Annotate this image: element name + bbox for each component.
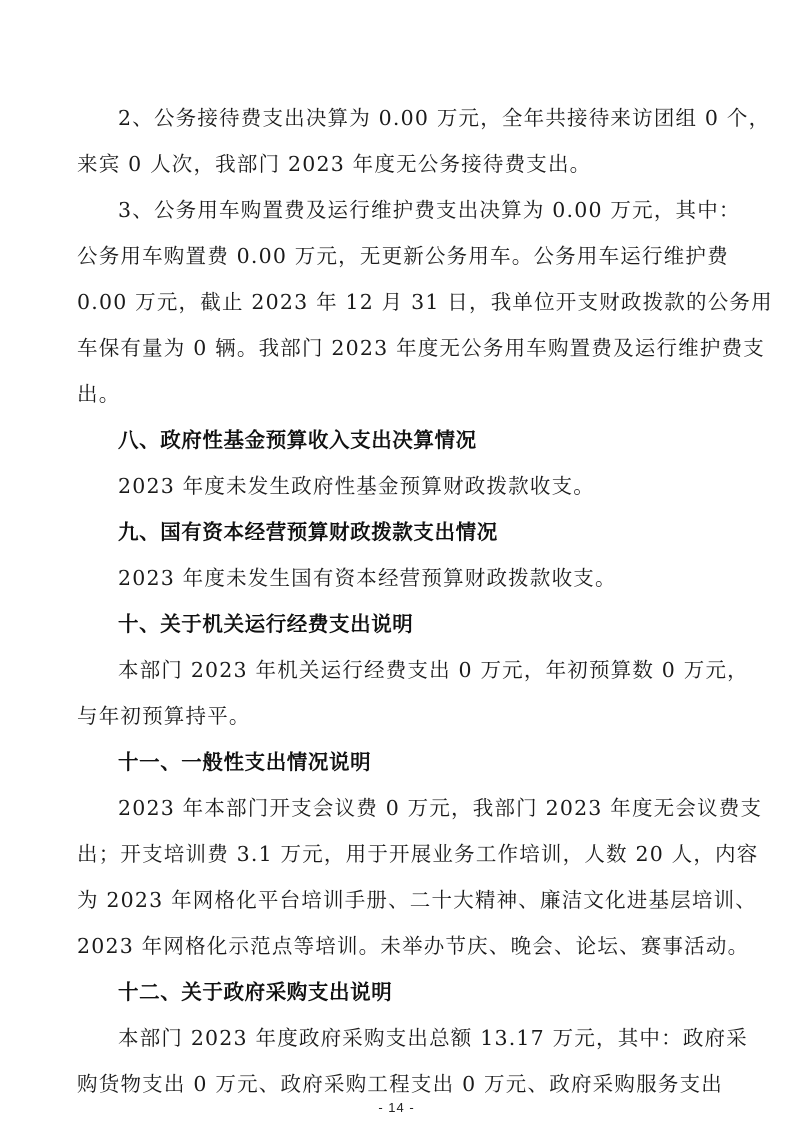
- paragraph-line: 3、公务用车购置费及运行维护费支出决算为 0.00 万元，其中：: [118, 196, 723, 224]
- document-page: 2、公务接待费支出决算为 0.00 万元，全年共接待来访团组 0 个， 来宾 0…: [0, 0, 793, 1122]
- paragraph-line: 出；开支培训费 3.1 万元，用于开展业务工作培训，人数 20 人，内容: [77, 840, 723, 868]
- paragraph-line: 2023 年网格化示范点等培训。未举办节庆、晚会、论坛、赛事活动。: [77, 932, 723, 960]
- paragraph-line: 2023 年度未发生国有资本经营预算财政拨款收支。: [118, 564, 723, 592]
- paragraph-line: 本部门 2023 年机关运行经费支出 0 万元，年初预算数 0 万元，: [118, 656, 723, 684]
- section-heading: 十、关于机关运行经费支出说明: [118, 610, 723, 638]
- section-heading: 十一、一般性支出情况说明: [118, 748, 723, 776]
- paragraph-line: 2、公务接待费支出决算为 0.00 万元，全年共接待来访团组 0 个，: [118, 104, 723, 132]
- section-heading: 九、国有资本经营预算财政拨款支出情况: [118, 518, 723, 546]
- paragraph-line: 本部门 2023 年度政府采购支出总额 13.17 万元，其中：政府采: [118, 1024, 723, 1052]
- paragraph-line: 车保有量为 0 辆。我部门 2023 年度无公务用车购置费及运行维护费支: [77, 334, 723, 362]
- paragraph-line: 为 2023 年网格化平台培训手册、二十大精神、廉洁文化进基层培训、: [77, 886, 723, 914]
- paragraph-line: 0.00 万元，截止 2023 年 12 月 31 日，我单位开支财政拨款的公务…: [77, 288, 723, 316]
- section-heading: 八、政府性基金预算收入支出决算情况: [118, 426, 723, 454]
- paragraph-line: 公务用车购置费 0.00 万元，无更新公务用车。公务用车运行维护费: [77, 242, 723, 270]
- section-heading: 十二、关于政府采购支出说明: [118, 978, 723, 1006]
- paragraph-line: 2023 年本部门开支会议费 0 万元，我部门 2023 年度无会议费支: [118, 794, 723, 822]
- paragraph-line: 与年初预算持平。: [77, 702, 723, 730]
- paragraph-line: 出。: [77, 380, 723, 408]
- page-number: - 14 -: [0, 1100, 793, 1115]
- paragraph-line: 2023 年度未发生政府性基金预算财政拨款收支。: [118, 472, 723, 500]
- paragraph-line: 购货物支出 0 万元、政府采购工程支出 0 万元、政府采购服务支出: [77, 1070, 723, 1098]
- paragraph-line: 来宾 0 人次，我部门 2023 年度无公务接待费支出。: [77, 150, 723, 178]
